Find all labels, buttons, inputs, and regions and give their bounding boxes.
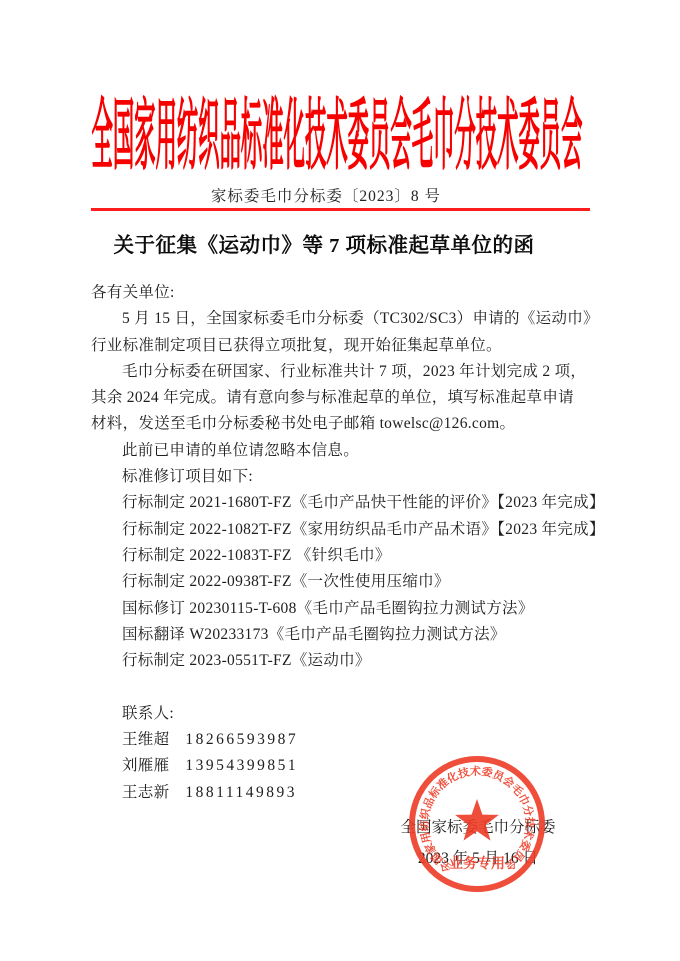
body-text: 各有关单位: 5 月 15 日，全国家标委毛巾分标委（TC302/SC3）申请的…	[91, 280, 596, 806]
standard-item-line: 行标制定 2022-0938T-FZ《一次性使用压缩巾》	[91, 569, 596, 595]
red-divider-rule	[91, 208, 590, 211]
standard-item-line: 国标修订 20230115-T-608《毛巾产品毛圈钩拉力测试方法》	[91, 596, 596, 622]
document-page: 全国家用纺织品标准化技术委员会毛巾分技术委员会 家标委毛巾分标委〔2023〕8 …	[0, 0, 680, 961]
body-line: 行业标准制定项目已获得立项批复，现开始征集起草单位。	[91, 333, 596, 359]
standard-item-line: 行标制定 2022-1082T-FZ《家用纺织品毛巾产品术语》【2023 年完成…	[91, 517, 596, 543]
contact-row: 王维超18266593987	[91, 727, 596, 753]
body-line: 材料，发送至毛巾分标委秘书处电子邮箱 towelsc@126.com。	[91, 411, 596, 437]
contacts-label: 联系人:	[91, 701, 596, 727]
contact-name: 王维超	[122, 731, 169, 748]
contact-name: 王志新	[122, 784, 169, 801]
body-line: 毛巾分标委在研国家、行业标准共计 7 项，2023 年计划完成 2 项，	[91, 359, 596, 385]
body-line: 5 月 15 日，全国家标委毛巾分标委（TC302/SC3）申请的《运动巾》	[91, 306, 596, 332]
standard-item-line: 行标制定 2022-1083T-FZ 《针织毛巾》	[91, 543, 596, 569]
salutation-line: 各有关单位:	[91, 280, 596, 306]
contact-row: 刘雁雁13954399851	[91, 753, 596, 779]
signature-org: 全国家标委毛巾分标委	[338, 817, 618, 839]
body-line: 此前已申请的单位请忽略本信息。	[91, 438, 596, 464]
contact-phone: 18266593987	[185, 731, 298, 748]
body-line: 标准修订项目如下:	[91, 464, 596, 490]
contact-row: 王志新18811149893	[91, 780, 596, 806]
standard-item-line: 行标制定 2021-1680T-FZ《毛巾产品快干性能的评价》【2023 年完成…	[91, 490, 596, 516]
contact-phone: 18811149893	[185, 784, 297, 801]
subject-title: 关于征集《运动巾》等 7 项标准起草单位的函	[0, 231, 648, 261]
body-line: 其余 2024 年完成。请有意向参与标准起草的单位，填写标准起草申请	[91, 385, 596, 411]
contact-name: 刘雁雁	[122, 757, 169, 774]
standard-item-line: 行标制定 2023-0551T-FZ《运动巾》	[91, 648, 596, 674]
letterhead-title-svg: 全国家用纺织品标准化技术委员会毛巾分技术委员会	[0, 0, 680, 190]
signature-date: 2023 年 5 月 16 日	[338, 848, 618, 870]
letterhead-org-title: 全国家用纺织品标准化技术委员会毛巾分技术委员会	[92, 91, 583, 179]
document-number: 家标委毛巾分标委〔2023〕8 号	[0, 186, 652, 207]
standard-item-line: 国标翻译 W20233173《毛巾产品毛圈钩拉力测试方法》	[91, 622, 596, 648]
contact-phone: 13954399851	[185, 757, 298, 774]
blank-line	[91, 674, 596, 700]
